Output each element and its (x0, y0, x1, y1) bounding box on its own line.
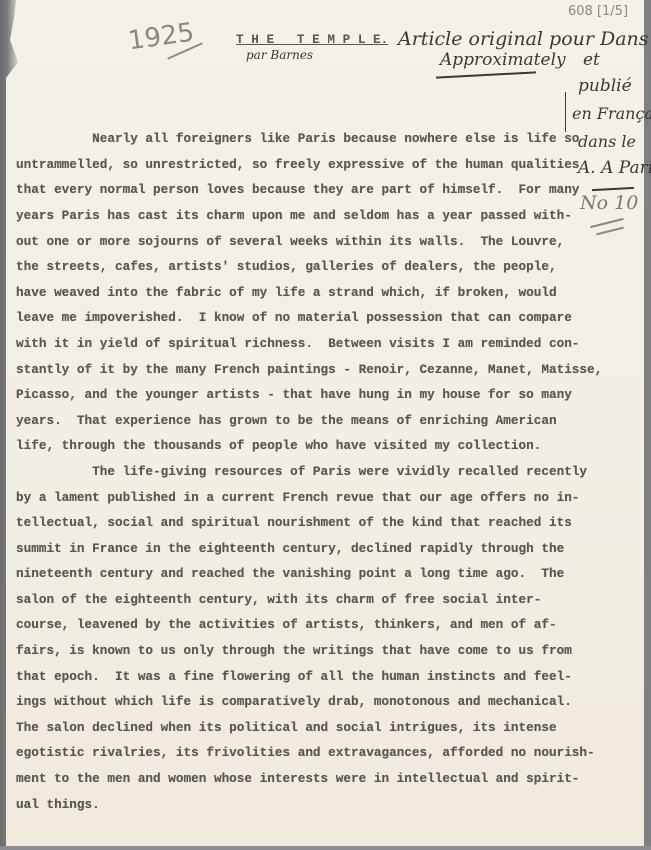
scanner-background-right (644, 0, 651, 850)
text-line: The life-giving resources of Paris were … (16, 459, 602, 485)
text-line: salon of the eighteenth century, with it… (16, 587, 602, 613)
text-line: out one or more sojourns of several week… (16, 229, 602, 255)
text-line: with it in yield of spiritual richness. … (16, 331, 602, 357)
text-line: egotistic rivalries, its frivolities and… (16, 740, 602, 766)
text-line: course, leavened by the activities of ar… (16, 612, 602, 638)
text-line: stantly of it by the many French paintin… (16, 357, 602, 383)
text-line: the streets, cafes, artists' studios, ga… (16, 254, 602, 280)
scanner-background-bottom (0, 846, 651, 850)
handwritten-note-approx: Approximately (440, 50, 566, 70)
text-line: untrammelled, so unrestricted, so freely… (16, 152, 602, 178)
text-line: summit in France in the eighteenth centu… (16, 536, 602, 562)
text-line: years. That experience has grown to be t… (16, 408, 602, 434)
handwritten-et: et (583, 50, 600, 70)
text-line: fairs, is known to us only through the w… (16, 638, 602, 664)
text-line: Nearly all foreigners like Paris because… (16, 126, 602, 152)
text-line: have weaved into the fabric of my life a… (16, 280, 602, 306)
text-line: leave me impoverished. I know of no mate… (16, 305, 602, 331)
text-line: ual things. (16, 792, 602, 818)
text-line: that every normal person loves because t… (16, 177, 602, 203)
typed-body: Nearly all foreigners like Paris because… (16, 75, 602, 843)
text-line: life, through the thousands of people wh… (16, 433, 602, 459)
text-line: tellectual, social and spiritual nourish… (16, 510, 602, 536)
text-line: that epoch. It was a fine flowering of a… (16, 664, 602, 690)
document-title: T H E T E M P L E. (236, 32, 388, 47)
text-line: by a lament published in a current Frenc… (16, 485, 602, 511)
text-line: Picasso, and the younger artists - that … (16, 382, 602, 408)
text-line: The salon declined when its political an… (16, 715, 602, 741)
text-line: ings without which life is comparatively… (16, 689, 602, 715)
archive-reference: 608 [1/5] (568, 4, 628, 19)
text-line: nineteenth century and reached the vanis… (16, 561, 602, 587)
text-line: ment to the men and women whose interest… (16, 766, 602, 792)
handwritten-note-original: Article original pour Dans (398, 28, 649, 50)
handwritten-author: par Barnes (246, 48, 313, 62)
text-line: years Paris has cast its charm upon me a… (16, 203, 602, 229)
